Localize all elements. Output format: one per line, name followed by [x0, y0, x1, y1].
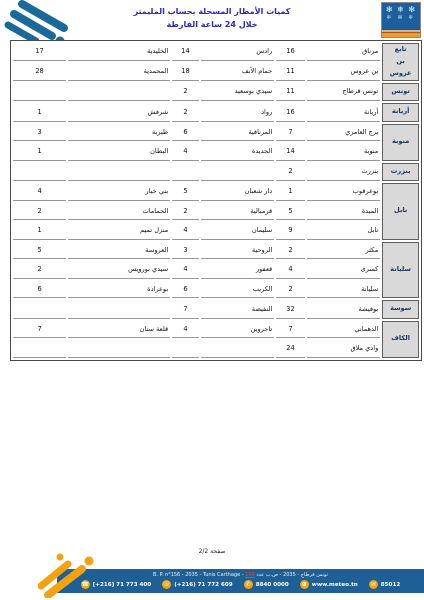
station-cell: دار شعبان	[201, 183, 274, 201]
region-cell: سوسة	[382, 300, 419, 319]
rain-value-cell: 7	[276, 124, 305, 142]
rain-value-cell: 2	[276, 242, 305, 260]
station-cell	[201, 163, 274, 182]
station-cell: رادس	[201, 43, 274, 61]
station-cell: بني خيار	[68, 183, 170, 201]
station-cell: سيدي بورويس	[68, 261, 170, 279]
station-cell: سليانة	[307, 281, 380, 299]
station-cell: البطان	[68, 143, 170, 161]
station-cell: بوفيشة	[307, 300, 380, 319]
contact-item: ⊕www.meteo.tn	[300, 580, 358, 589]
globe-icon: ⊕	[300, 580, 309, 589]
title-line-2: خلال 24 ساعة الفارطة	[60, 19, 364, 32]
rain-value-cell: 7	[276, 321, 305, 339]
station-cell: الدهماني	[307, 321, 380, 339]
table-row: الميدة5قرمبالية2الحمامات2	[13, 203, 419, 221]
rain-value-cell: 1	[13, 222, 66, 240]
rain-value-cell: 5	[13, 242, 66, 260]
station-cell: منزل تميم	[68, 222, 170, 240]
table-row: وادي ملاق24	[13, 340, 419, 358]
rain-value-cell: 4	[172, 261, 199, 279]
rain-table-body: تابع بن عروسمرناق16رادس14الخليدية17بن عر…	[13, 43, 419, 358]
table-row: منوبة14الجديدة4البطان1	[13, 143, 419, 161]
station-cell: قعفور	[201, 261, 274, 279]
rain-value-cell: 2	[172, 203, 199, 221]
station-cell: رواد	[201, 103, 274, 122]
region-cell: تابع بن عروس	[382, 43, 419, 81]
table-row: سليانة2الكريب6بوعرادة6	[13, 281, 419, 299]
table-row: منوبةبرج العامري7المرناقية6طبربة3	[13, 124, 419, 142]
station-cell: الحمامات	[68, 203, 170, 221]
table-row: سليانةمكثر2الروحية3العروسة5	[13, 242, 419, 260]
rain-value-cell: 11	[276, 83, 305, 102]
contact-item: ✉85012	[369, 580, 400, 589]
table-row: سوسةبوفيشة32النفيضة7	[13, 300, 419, 319]
rain-value-cell: 6	[172, 281, 199, 299]
station-cell: بوعرادة	[68, 281, 170, 299]
rain-value-cell: 2	[276, 281, 305, 299]
station-cell: المحمدية	[68, 63, 170, 81]
emblem-stars: ❄ ✻ ❄	[382, 14, 420, 21]
rain-value-cell: 28	[13, 63, 66, 81]
rain-value-cell: 18	[172, 63, 199, 81]
rain-value-cell: 3	[172, 242, 199, 260]
rain-value-cell	[13, 83, 66, 102]
rain-value-cell: 4	[172, 143, 199, 161]
table-row: أريانةأريانة16رواد2شرفش1	[13, 103, 419, 122]
address-number: 156	[245, 572, 255, 578]
rain-value-cell: 14	[172, 43, 199, 61]
region-cell: بنزرت	[382, 163, 419, 182]
station-cell: برج العامري	[307, 124, 380, 142]
contact-label: www.meteo.tn	[312, 582, 358, 588]
station-cell: بوعرقوب	[307, 183, 380, 201]
rain-value-cell: 2	[172, 83, 199, 102]
table-row: تابع بن عروسمرناق16رادس14الخليدية17	[13, 43, 419, 61]
rain-value-cell: 5	[276, 203, 305, 221]
rain-value-cell: 7	[172, 300, 199, 319]
station-cell: مرناق	[307, 43, 380, 61]
station-cell: كسرى	[307, 261, 380, 279]
station-cell: منوبة	[307, 143, 380, 161]
table-row: الكافالدهماني7تاجروين4قلعة سنان7	[13, 321, 419, 339]
rain-value-cell: 6	[13, 281, 66, 299]
address-line: B. P. n°156 - 2035 - Tunis Carthage - تو…	[57, 569, 424, 578]
station-cell	[68, 163, 170, 182]
emblem-stars: ✻ ❄ ✻	[382, 5, 420, 14]
region-cell: منوبة	[382, 124, 419, 161]
page-title: كميات الأمطار المسجلة بحساب المليمتر خلا…	[60, 6, 364, 32]
table-row: بنزرتبنزرت2	[13, 163, 419, 182]
rain-value-cell: 1	[13, 143, 66, 161]
rain-value-cell: 4	[13, 183, 66, 201]
station-cell: قرمبالية	[201, 203, 274, 221]
rainfall-table-wrap: تابع بن عروسمرناق16رادس14الخليدية17بن عر…	[10, 40, 422, 361]
station-cell: المرناقية	[201, 124, 274, 142]
station-cell: بنزرت	[307, 163, 380, 182]
inm-emblem-logo: ✻ ❄ ✻ ❄ ✻ ❄	[381, 2, 421, 38]
rain-value-cell: 14	[276, 143, 305, 161]
rain-value-cell: 5	[172, 183, 199, 201]
emblem-strip	[382, 32, 420, 37]
station-cell	[68, 300, 170, 319]
table-row: كسرى4قعفور4سيدي بورويس2	[13, 261, 419, 279]
fax-icon: ☏	[162, 580, 171, 589]
rain-value-cell: 2	[13, 203, 66, 221]
station-cell: نابل	[307, 222, 380, 240]
region-cell: الكاف	[382, 321, 419, 358]
address-text: B. P. n°156 - 2035 - Tunis Carthage - تو…	[153, 572, 328, 578]
region-cell: نابل	[382, 183, 419, 240]
station-cell: مكثر	[307, 242, 380, 260]
rain-value-cell	[13, 300, 66, 319]
station-cell: العروسة	[68, 242, 170, 260]
footer-stripes-logo	[38, 551, 100, 598]
rain-value-cell: 17	[13, 43, 66, 61]
station-cell: الكريب	[201, 281, 274, 299]
rain-value-cell: 3	[13, 124, 66, 142]
contact-label: (+216) 71 772 609	[174, 582, 232, 588]
rain-value-cell: 16	[276, 43, 305, 61]
rain-value-cell: 4	[172, 321, 199, 339]
rain-value-cell: 2	[276, 163, 305, 182]
rain-value-cell: 32	[276, 300, 305, 319]
table-row: نابل9سليمان4منزل تميم1	[13, 222, 419, 240]
table-row: بن عروس11حمام الأنف18المحمدية28	[13, 63, 419, 81]
station-cell: حمام الأنف	[201, 63, 274, 81]
station-cell: سيدي بوسعيد	[201, 83, 274, 102]
table-row: تونستونس قرطاج11سيدي بوسعيد2	[13, 83, 419, 102]
contact-label: [+216] 71 773 400	[93, 582, 151, 588]
rain-value-cell: 1	[276, 183, 305, 201]
region-cell: تونس	[382, 83, 419, 102]
handset-icon: ✆	[244, 580, 253, 589]
footer-bar: B. P. n°156 - 2035 - Tunis Carthage - تو…	[57, 569, 424, 593]
station-cell	[68, 340, 170, 358]
contact-item: ☏(+216) 71 772 609	[162, 580, 232, 589]
station-cell: أريانة	[307, 103, 380, 122]
document-page: كميات الأمطار المسجلة بحساب المليمتر خلا…	[0, 0, 424, 600]
station-cell: وادي ملاق	[307, 340, 380, 358]
title-line-1: كميات الأمطار المسجلة بحساب المليمتر	[60, 6, 364, 19]
rain-value-cell	[172, 340, 199, 358]
station-cell	[201, 340, 274, 358]
station-cell	[68, 83, 170, 102]
station-cell: طبربة	[68, 124, 170, 142]
station-cell: بن عروس	[307, 63, 380, 81]
region-cell: سليانة	[382, 242, 419, 299]
contact-item: ✆8840 0000	[244, 580, 289, 589]
rain-value-cell: 24	[276, 340, 305, 358]
station-cell: الروحية	[201, 242, 274, 260]
station-cell: تاجروين	[201, 321, 274, 339]
rain-value-cell: 16	[276, 103, 305, 122]
rain-value-cell: 11	[276, 63, 305, 81]
rain-value-cell: 9	[276, 222, 305, 240]
station-cell: الخليدية	[68, 43, 170, 61]
region-cell: أريانة	[382, 103, 419, 122]
station-cell: النفيضة	[201, 300, 274, 319]
contact-label: 8840 0000	[256, 582, 289, 588]
rain-value-cell: 1	[13, 103, 66, 122]
mail-icon: ✉	[369, 580, 378, 589]
contact-label: 85012	[381, 582, 400, 588]
rainfall-table: تابع بن عروسمرناق16رادس14الخليدية17بن عر…	[11, 41, 421, 360]
rain-value-cell: 4	[172, 222, 199, 240]
table-row: نابلبوعرقوب1دار شعبان5بني خيار4	[13, 183, 419, 201]
station-cell: الميدة	[307, 203, 380, 221]
rain-value-cell: 2	[13, 261, 66, 279]
rain-value-cell	[172, 163, 199, 182]
contact-list: ☎[+216] 71 773 400☏(+216) 71 772 609✆884…	[57, 580, 424, 589]
rain-value-cell: 2	[172, 103, 199, 122]
rain-value-cell	[13, 163, 66, 182]
station-cell: تونس قرطاج	[307, 83, 380, 102]
station-cell: شرفش	[68, 103, 170, 122]
rain-value-cell: 4	[276, 261, 305, 279]
rain-value-cell: 7	[13, 321, 66, 339]
rain-value-cell: 6	[172, 124, 199, 142]
rain-value-cell	[13, 340, 66, 358]
station-cell: سليمان	[201, 222, 274, 240]
station-cell: قلعة سنان	[68, 321, 170, 339]
station-cell: الجديدة	[201, 143, 274, 161]
